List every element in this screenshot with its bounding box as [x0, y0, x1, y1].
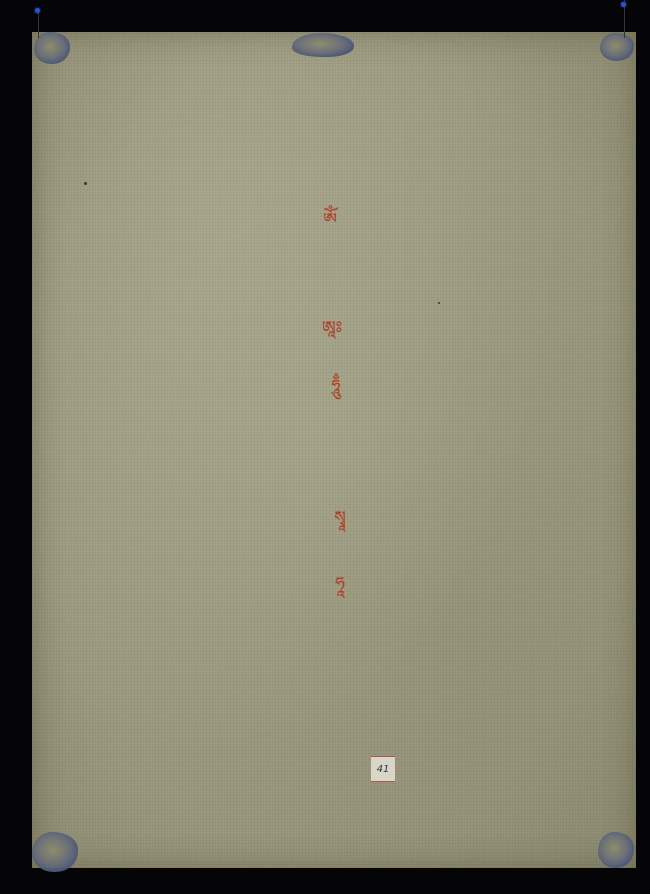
- speck: [84, 182, 87, 185]
- syllable-hum: ཧཱུྃ: [332, 378, 341, 394]
- stain-bottom-left: [32, 832, 78, 872]
- speck: [438, 302, 440, 304]
- thangka-canvas-back: [32, 32, 636, 868]
- stain-bottom-right: [598, 832, 634, 868]
- pin-wire-left: [38, 10, 39, 38]
- stain-top-center: [292, 33, 354, 57]
- stain-top-left: [34, 32, 70, 64]
- syllable-ha: ཧཱ: [335, 576, 345, 593]
- stain-top-right: [600, 33, 634, 61]
- pin-right: [621, 2, 626, 7]
- pin-left: [35, 8, 40, 13]
- syllable-om: ཨོཾ: [323, 212, 337, 229]
- syllable-sva: སྭཱ: [334, 510, 345, 527]
- canvas-texture: [32, 32, 636, 868]
- syllable-ah: ཨཱཿ: [322, 320, 342, 337]
- inventory-label: 41: [371, 756, 395, 782]
